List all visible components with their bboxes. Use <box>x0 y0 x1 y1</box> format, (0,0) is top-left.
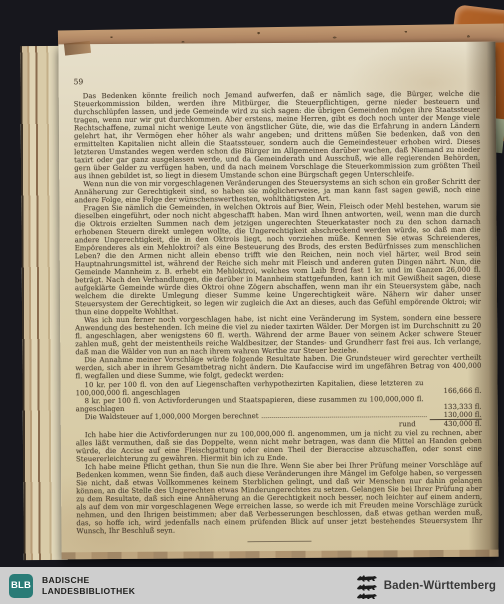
page-corner-blemish <box>64 41 91 56</box>
page-text-block: 59 Das Bedenken könnte freilich noch Jem… <box>74 76 483 543</box>
section-end-rule <box>247 541 311 542</box>
library-branding-bar: BLB BADISCHE LANDESBIBLIOTHEK Baden-Würt… <box>0 567 504 604</box>
paragraph-7: Ich habe meine Pflicht gethan, thun Sie … <box>76 461 482 535</box>
ledger-total-label: rund <box>399 420 416 428</box>
library-name-line1: BADISCHE <box>42 575 135 586</box>
paragraph-2: Wenn nun die von mir vorgeschlagenen Ver… <box>74 178 480 204</box>
baden-wuerttemberg-logo[interactable]: Baden-Württemberg <box>356 573 496 599</box>
library-name: BADISCHE LANDESBIBLIOTHEK <box>42 575 135 596</box>
ledger-total-amount: 430,000 fl. <box>430 419 482 428</box>
page-bottom-edge <box>62 550 499 560</box>
three-lions-icon <box>356 573 378 599</box>
library-name-line2: LANDESBIBLIOTHEK <box>42 586 135 597</box>
state-name: Baden-Württemberg <box>384 580 496 592</box>
ledger-row-state-papers: 8 kr. per 100 fl. von Activforderungen u… <box>76 395 482 413</box>
dot-leader <box>262 416 427 418</box>
paragraph-3: Fragen Sie nämlich die Gemeinden, in wel… <box>74 202 481 316</box>
page-number: 59 <box>74 76 480 86</box>
ledger-amount: 166,666 fl. <box>430 387 482 395</box>
paragraph-1: Das Bedenken könnte freilich noch Jemand… <box>74 90 481 180</box>
blb-logo[interactable]: BLB <box>9 574 33 598</box>
paragraph-6: Ich habe hier die Activforderungen nur z… <box>76 429 482 463</box>
ledger-label: Die Waldsteuer auf 1,000,000 Morgen bere… <box>76 412 259 421</box>
scanned-book-photo: 59 Das Bedenken könnte freilich noch Jem… <box>0 0 504 568</box>
scanned-page: 59 Das Bedenken könnte freilich noch Jem… <box>58 42 498 560</box>
paragraph-5: Die Annahme meiner Vorschläge würde folg… <box>75 354 481 380</box>
tax-ledger: 10 kr. per 100 fl. von den auf Liegensch… <box>75 379 481 430</box>
paragraph-4: Was ich nun ferner noch vorgeschlagen ha… <box>75 314 481 356</box>
ledger-label: 8 kr. per 100 fl. von Activforderungen u… <box>76 395 424 413</box>
